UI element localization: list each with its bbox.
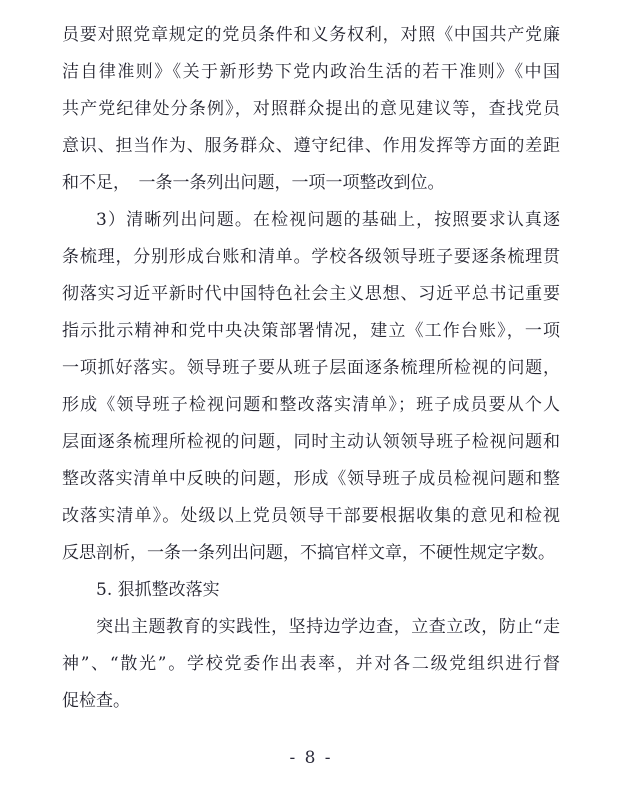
text-line: 指示批示精神和党中央决策部署情况，建立《工作台账》，一项 — [62, 313, 560, 350]
text-line: 共产党纪律处分条例》，对照群众提出的意见建议等，查找党员 — [62, 91, 560, 128]
text-line: 3）清晰列出问题。在检视问题的基础上，按照要求认真逐 — [62, 202, 560, 239]
text-line: 层面逐条梳理所检视的问题，同时主动认领领导班子检视问题和 — [62, 424, 560, 461]
text-line: 5. 狠抓整改落实 — [62, 572, 560, 609]
document-page: 员要对照党章规定的党员条件和义务权利，对照《中国共产党廉洁自律准则》《关于新形势… — [0, 0, 622, 805]
text-line: 意识、担当作为、服务群众、遵守纪律、作用发挥等方面的差距 — [62, 128, 560, 165]
text-line: 神”、“散光”。学校党委作出表率，并对各二级党组织进行督 — [62, 646, 560, 683]
text-line: 洁自律准则》《关于新形势下党内政治生活的若干准则》《中国 — [62, 54, 560, 91]
text-line: 员要对照党章规定的党员条件和义务权利，对照《中国共产党廉 — [62, 17, 560, 54]
text-line: 形成《领导班子检视问题和整改落实清单》；班子成员要从个人 — [62, 387, 560, 424]
document-body: 员要对照党章规定的党员条件和义务权利，对照《中国共产党廉洁自律准则》《关于新形势… — [62, 17, 560, 720]
text-line: 改落实清单》。处级以上党员领导干部要根据收集的意见和检视 — [62, 498, 560, 535]
text-line: 反思剖析，一条一条列出问题，不搞官样文章，不硬性规定字数。 — [62, 535, 560, 572]
text-line: 促检查。 — [62, 683, 560, 720]
text-line: 整改落实清单中反映的问题，形成《领导班子成员检视问题和整 — [62, 461, 560, 498]
text-line: 一项抓好落实。领导班子要从班子层面逐条梳理所检视的问题， — [62, 350, 560, 387]
text-line: 条梳理，分别形成台账和清单。学校各级领导班子要逐条梳理贯 — [62, 239, 560, 276]
text-line: 彻落实习近平新时代中国特色社会主义思想、习近平总书记重要 — [62, 276, 560, 313]
text-line: 和不足， 一条一条列出问题，一项一项整改到位。 — [62, 165, 560, 202]
text-line: 突出主题教育的实践性，坚持边学边查，立查立改，防止“走 — [62, 609, 560, 646]
page-number: - 8 - — [0, 746, 622, 770]
